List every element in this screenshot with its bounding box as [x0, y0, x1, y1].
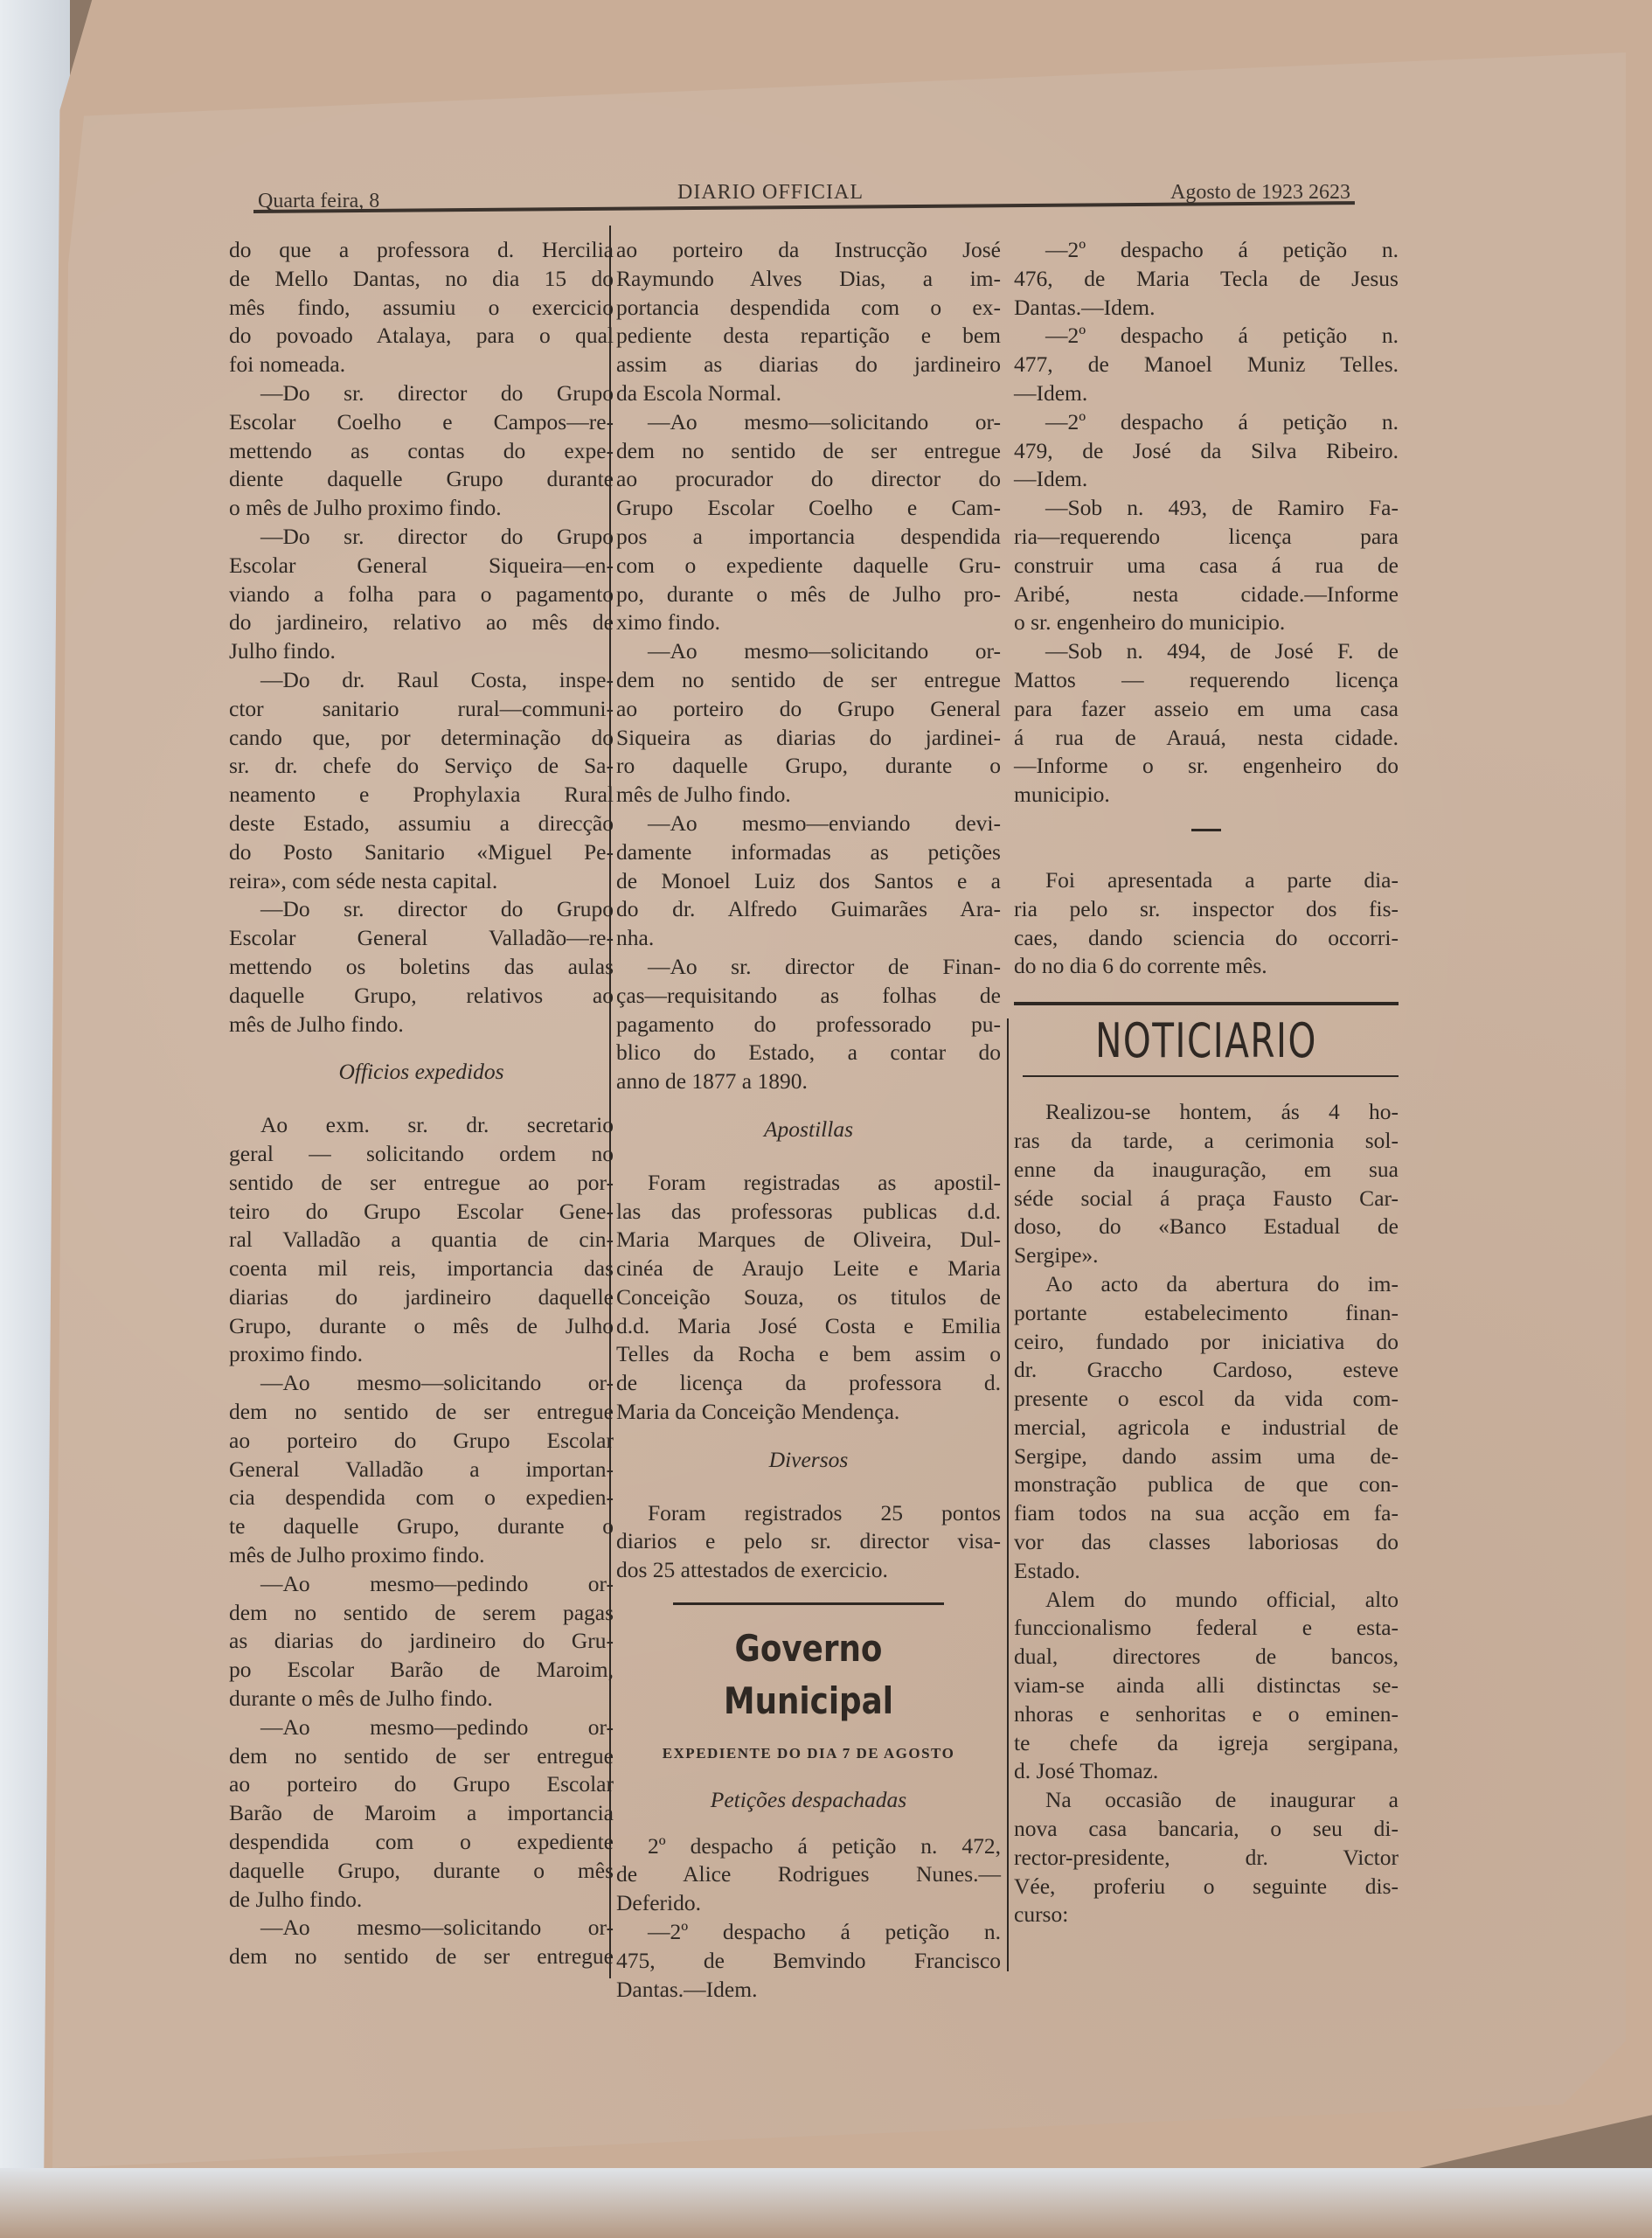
text-line: Grupo Escolar Coelho e Cam-	[616, 494, 1001, 523]
column-2-body: ao porteiro da Instrucção José Raymundo …	[616, 236, 1001, 1096]
text-line: Vée, proferiu o seguinte dis-	[1014, 1873, 1399, 1901]
text-line: da Escola Normal.	[616, 379, 1001, 408]
text-line: de Mello Dantas, no dia 15 do	[229, 265, 614, 294]
page-header: Quarta feira, 8 DIARIO OFFICIAL Agosto d…	[258, 179, 1350, 219]
text-line: Sergipe».	[1014, 1241, 1399, 1270]
text-line: ao porteiro da Instrucção José	[616, 236, 1001, 265]
text-line: —Do sr. director do Grupo	[229, 379, 614, 408]
text-line: Raymundo Alves Dias, a im-	[616, 265, 1001, 294]
text-line: Dantas.—Idem.	[616, 1976, 1001, 2005]
text-line: daquelle Grupo, durante o mês	[229, 1857, 614, 1886]
text-line: portante estabelecimento finan-	[1014, 1299, 1399, 1328]
text-line: —Do sr. director do Grupo	[229, 523, 614, 552]
text-line: viam-se ainda alli distinctas se-	[1014, 1672, 1399, 1700]
text-line: Foi apresentada a parte dia-	[1014, 866, 1399, 895]
text-line: mês de Julho findo.	[229, 1011, 614, 1039]
text-line: 477, de Manoel Muniz Telles.	[1014, 351, 1399, 379]
text-line: —Idem.	[1014, 379, 1399, 408]
text-line: curso:	[1014, 1901, 1399, 1929]
text-line: dem no sentido de ser entregue	[229, 1398, 614, 1427]
text-line: Maria da Conceição Mendença.	[616, 1398, 1001, 1427]
text-line: —Sob n. 494, de José F. de	[1014, 637, 1399, 666]
text-line: Ao exm. sr. dr. secretario	[229, 1111, 614, 1140]
text-line: para fazer asseio em uma casa	[1014, 695, 1399, 724]
text-line: Dantas.—Idem.	[1014, 294, 1399, 323]
text-line: nha.	[616, 924, 1001, 953]
section-divider	[673, 1602, 944, 1605]
text-line: d.d. Maria José Costa e Emilia	[616, 1312, 1001, 1341]
text-line: 2º despacho á petição n. 472,	[616, 1832, 1001, 1861]
noticiario-body: Realizou-se hontem, ás 4 ho- ras da tard…	[1014, 1098, 1399, 1929]
text-line: General Valladão a importan-	[229, 1456, 614, 1484]
text-line: Estado.	[1014, 1557, 1399, 1586]
text-line: Escolar General Siqueira—en-	[229, 552, 614, 580]
text-line: durante o mês de Julho findo.	[229, 1685, 614, 1713]
text-line: dem no sentido de serem pagas	[229, 1599, 614, 1628]
diversos-body: Foram registrados 25 pontos diarios e pe…	[616, 1499, 1001, 1585]
text-line: nhoras e senhoritas e o eminen-	[1014, 1700, 1399, 1729]
section-heading-diversos: Diversos	[616, 1446, 1001, 1475]
text-line: do que a professora d. Hercilia	[229, 236, 614, 265]
text-line: de licença da professora d.	[616, 1369, 1001, 1398]
text-line: ao porteiro do Grupo Escolar	[229, 1427, 614, 1456]
text-line: diente daquelle Grupo durante	[229, 465, 614, 494]
text-line: de Alice Rodrigues Nunes.—	[616, 1860, 1001, 1889]
text-line: Grupo, durante o mês de Julho	[229, 1312, 614, 1341]
text-line: funccionalismo federal e esta-	[1014, 1614, 1399, 1643]
noticiario-title: NOTICIARIO	[1062, 1012, 1350, 1070]
section-heading-officios: Officios expedidos	[229, 1058, 614, 1087]
text-line: —2º despacho á petição n.	[1014, 236, 1399, 265]
text-line: de Monoel Luiz dos Santos e a	[616, 867, 1001, 896]
governo-municipal-title: Governo Municipal	[645, 1623, 972, 1727]
column-1-body: do que a professora d. Hercilia de Mello…	[229, 236, 614, 1039]
text-line: ral Valladão a quantia de cin-	[229, 1226, 614, 1255]
text-line: te chefe da igreja sergipana,	[1014, 1729, 1399, 1758]
text-line: despendida com o expediente	[229, 1828, 614, 1857]
section-heading-peticoes: Petições despachadas	[616, 1786, 1001, 1815]
column-divider-2	[1007, 1018, 1009, 1971]
text-line: Julho findo.	[229, 637, 614, 666]
text-line: do jardineiro, relativo ao mês de	[229, 608, 614, 637]
text-line: viando a folha para o pagamento	[229, 580, 614, 609]
text-line: po Escolar Barão de Maroim,	[229, 1656, 614, 1685]
text-line: Na occasião de inaugurar a	[1014, 1786, 1399, 1815]
text-line: pos a importancia despendida	[616, 523, 1001, 552]
text-line: dos 25 attestados de exercicio.	[616, 1556, 1001, 1585]
text-line: —Ao mesmo—solicitando or-	[229, 1369, 614, 1398]
text-line: presente o escol da vida com-	[1014, 1385, 1399, 1414]
text-line: 476, de Maria Tecla de Jesus	[1014, 265, 1399, 294]
text-line: dem no sentido de ser entregue	[229, 1742, 614, 1771]
text-line: dem no sentido de ser entregue	[616, 437, 1001, 466]
text-line: sentido de ser entregue ao por-	[229, 1169, 614, 1198]
text-line: do Posto Sanitario «Miguel Pe-	[229, 838, 614, 867]
text-line: —Idem.	[1014, 465, 1399, 494]
column-3-body: —2º despacho á petição n. 476, de Maria …	[1014, 236, 1399, 810]
text-line: las das professoras publicas d.d.	[616, 1198, 1001, 1227]
text-line: Sergipe, dando assim uma de-	[1014, 1442, 1399, 1471]
text-line: Siqueira as diarias do jardinei-	[616, 724, 1001, 753]
text-line: —Ao mesmo—enviando devi-	[616, 810, 1001, 838]
text-line: —2º despacho á petição n.	[616, 1918, 1001, 1947]
text-line: mercial, agricola e industrial de	[1014, 1414, 1399, 1442]
text-line: mettendo os boletins das aulas	[229, 953, 614, 982]
text-line: blico do Estado, a contar do	[616, 1039, 1001, 1067]
text-line: do povoado Atalaya, para o qual	[229, 322, 614, 351]
text-line: foi nomeada.	[229, 351, 614, 379]
text-line: ximo findo.	[616, 608, 1001, 637]
text-line: Ao acto da abertura do im-	[1014, 1270, 1399, 1299]
text-line: —Ao mesmo—solicitando or-	[229, 1914, 614, 1943]
text-line: proximo findo.	[229, 1340, 614, 1369]
expediente-subtitle: EXPEDIENTE DO DIA 7 DE AGOSTO	[616, 1740, 1001, 1769]
text-line: daquelle Grupo, relativos ao	[229, 982, 614, 1011]
text-line: ria pelo sr. inspector dos fis-	[1014, 895, 1399, 924]
text-line: ro daquelle Grupo, durante o	[616, 752, 1001, 781]
text-line: ças—requisitando as folhas de	[616, 982, 1001, 1011]
text-line: deste Estado, assumiu a direcção	[229, 810, 614, 838]
column-2: ao porteiro da Instrucção José Raymundo …	[616, 236, 1001, 2004]
apostillas-body: Foram registradas as apostil- las das pr…	[616, 1169, 1001, 1427]
text-line: enne da inauguração, em sua	[1014, 1156, 1399, 1185]
text-line: 475, de Bemvindo Francisco	[616, 1947, 1001, 1976]
text-line: sr. dr. chefe do Serviço de Sa-	[229, 752, 614, 781]
text-line: Telles da Rocha e bem assim o	[616, 1340, 1001, 1369]
text-line: diarios e pelo sr. director visa-	[616, 1527, 1001, 1556]
text-line: —Ao mesmo—pedindo or-	[229, 1713, 614, 1742]
text-line: reira», com séde nesta capital.	[229, 867, 614, 896]
text-line: cando que, por determinação do	[229, 724, 614, 753]
background-bottom	[0, 2168, 1652, 2238]
parte-diaria-body: Foi apresentada a parte dia- ria pelo sr…	[1014, 866, 1399, 981]
section-heading-apostillas: Apostillas	[616, 1116, 1001, 1144]
text-line: —Ao mesmo—solicitando or-	[616, 637, 1001, 666]
text-line: Escolar General Valladão—re-	[229, 924, 614, 953]
text-line: 479, de José da Silva Ribeiro.	[1014, 437, 1399, 466]
text-line: —Ao mesmo—pedindo or-	[229, 1570, 614, 1599]
text-line: dem no sentido de ser entregue	[229, 1943, 614, 1971]
text-line: —Do sr. director do Grupo	[229, 895, 614, 924]
text-line: Conceição Souza, os titulos de	[616, 1283, 1001, 1312]
text-line: ceiro, fundado por iniciativa do	[1014, 1328, 1399, 1357]
text-line: com o expediente daquelle Gru-	[616, 552, 1001, 580]
column-1: do que a professora d. Hercilia de Mello…	[229, 236, 614, 1971]
text-line: Deferido.	[616, 1889, 1001, 1918]
text-line: —Do dr. Raul Costa, inspe-	[229, 666, 614, 695]
text-line: d. José Thomaz.	[1014, 1757, 1399, 1786]
text-line: —Ao mesmo—solicitando or-	[616, 408, 1001, 437]
officios-body: Ao exm. sr. dr. secretario geral — solic…	[229, 1111, 614, 1971]
text-line: —Sob n. 493, de Ramiro Fa-	[1014, 494, 1399, 523]
text-line: do dr. Alfredo Guimarães Ara-	[616, 895, 1001, 924]
text-line: do no dia 6 do corrente mês.	[1014, 952, 1399, 981]
text-line: construir uma casa á rua de	[1014, 552, 1399, 580]
text-line: municipio.	[1014, 781, 1399, 810]
text-line: séde social á praça Fausto Car-	[1014, 1185, 1399, 1213]
text-line: dem no sentido de ser entregue	[616, 666, 1001, 695]
text-line: doso, do «Banco Estadual de	[1014, 1213, 1399, 1241]
text-line: de Julho findo.	[229, 1886, 614, 1915]
text-line: pagamento do professorado pu-	[616, 1011, 1001, 1039]
text-line: ao porteiro do Grupo Escolar	[229, 1770, 614, 1799]
text-line: ras da tarde, a cerimonia sol-	[1014, 1127, 1399, 1156]
text-line: teiro do Grupo Escolar Gene-	[229, 1198, 614, 1227]
text-line: dr. Graccho Cardoso, esteve	[1014, 1356, 1399, 1385]
noticiario-top-rule	[1014, 1002, 1399, 1005]
text-line: assim as diarias do jardineiro	[616, 351, 1001, 379]
text-line: rector-presidente, dr. Victor	[1014, 1844, 1399, 1873]
text-line: á rua de Arauá, nesta cidade.	[1014, 724, 1399, 753]
text-line: as diarias do jardineiro do Gru-	[229, 1627, 614, 1656]
text-line: o mês de Julho proximo findo.	[229, 494, 614, 523]
text-line: neamento e Prophylaxia Rural	[229, 781, 614, 810]
text-line: fiam todos na sua acção em fa-	[1014, 1499, 1399, 1528]
text-line: geral — solicitando ordem no	[229, 1140, 614, 1169]
text-line: mês de Julho proximo findo.	[229, 1541, 614, 1570]
text-line: cinéa de Araujo Leite e Maria	[616, 1255, 1001, 1283]
text-line: Foram registrados 25 pontos	[616, 1499, 1001, 1528]
text-line: po, durante o mês de Julho pro-	[616, 580, 1001, 609]
text-line: ao porteiro do Grupo General	[616, 695, 1001, 724]
text-line: caes, dando sciencia do occorri-	[1014, 924, 1399, 953]
text-line: portancia despendida com o ex-	[616, 294, 1001, 323]
noticiario-bottom-rule	[1023, 1075, 1399, 1077]
text-line: mês de Julho findo.	[616, 781, 1001, 810]
text-line: diarias do jardineiro daquelle	[229, 1283, 614, 1312]
text-line: —Ao sr. director de Finan-	[616, 953, 1001, 982]
text-line: Barão de Maroim a importancia	[229, 1799, 614, 1828]
text-line: coenta mil reis, importancia das	[229, 1255, 614, 1283]
peticoes-body: 2º despacho á petição n. 472, de Alice R…	[616, 1832, 1001, 2005]
text-line: —2º despacho á petição n.	[1014, 408, 1399, 437]
text-line: —Informe o sr. engenheiro do	[1014, 752, 1399, 781]
text-line: ao procurador do director do	[616, 465, 1001, 494]
text-line: ria—requerendo licença para	[1014, 523, 1399, 552]
text-line: Maria Marques de Oliveira, Dul-	[616, 1226, 1001, 1255]
text-line: cia despendida com o expedien-	[229, 1484, 614, 1512]
text-line: Alem do mundo official, alto	[1014, 1586, 1399, 1615]
header-title: DIARIO OFFICIAL	[677, 181, 864, 205]
text-line: —2º despacho á petição n.	[1014, 322, 1399, 351]
text-line: mês findo, assumiu o exercicio	[229, 294, 614, 323]
text-line: anno de 1877 a 1890.	[616, 1067, 1001, 1096]
text-line: Mattos — requerendo licença	[1014, 666, 1399, 695]
text-line: dual, directores de bancos,	[1014, 1643, 1399, 1672]
text-line: mettendo as contas do expe-	[229, 437, 614, 466]
text-line: Foram registradas as apostil-	[616, 1169, 1001, 1198]
short-divider	[1191, 829, 1221, 831]
text-line: Escolar Coelho e Campos—re-	[229, 408, 614, 437]
text-line: te daquelle Grupo, durante o	[229, 1512, 614, 1541]
text-line: pediente desta repartição e bem	[616, 322, 1001, 351]
text-line: Realizou-se hontem, ás 4 ho-	[1014, 1098, 1399, 1127]
text-line: o sr. engenheiro do municipio.	[1014, 608, 1399, 637]
text-line: ctor sanitario rural—communi-	[229, 695, 614, 724]
text-line: damente informadas as petições	[616, 838, 1001, 867]
column-3: —2º despacho á petição n. 476, de Maria …	[1014, 236, 1399, 1929]
text-line: vor das classes laboriosas do	[1014, 1528, 1399, 1557]
text-line: nova casa bancaria, o seu di-	[1014, 1815, 1399, 1844]
text-line: monstração publica de que con-	[1014, 1470, 1399, 1499]
text-line: Aribé, nesta cidade.—Informe	[1014, 580, 1399, 609]
